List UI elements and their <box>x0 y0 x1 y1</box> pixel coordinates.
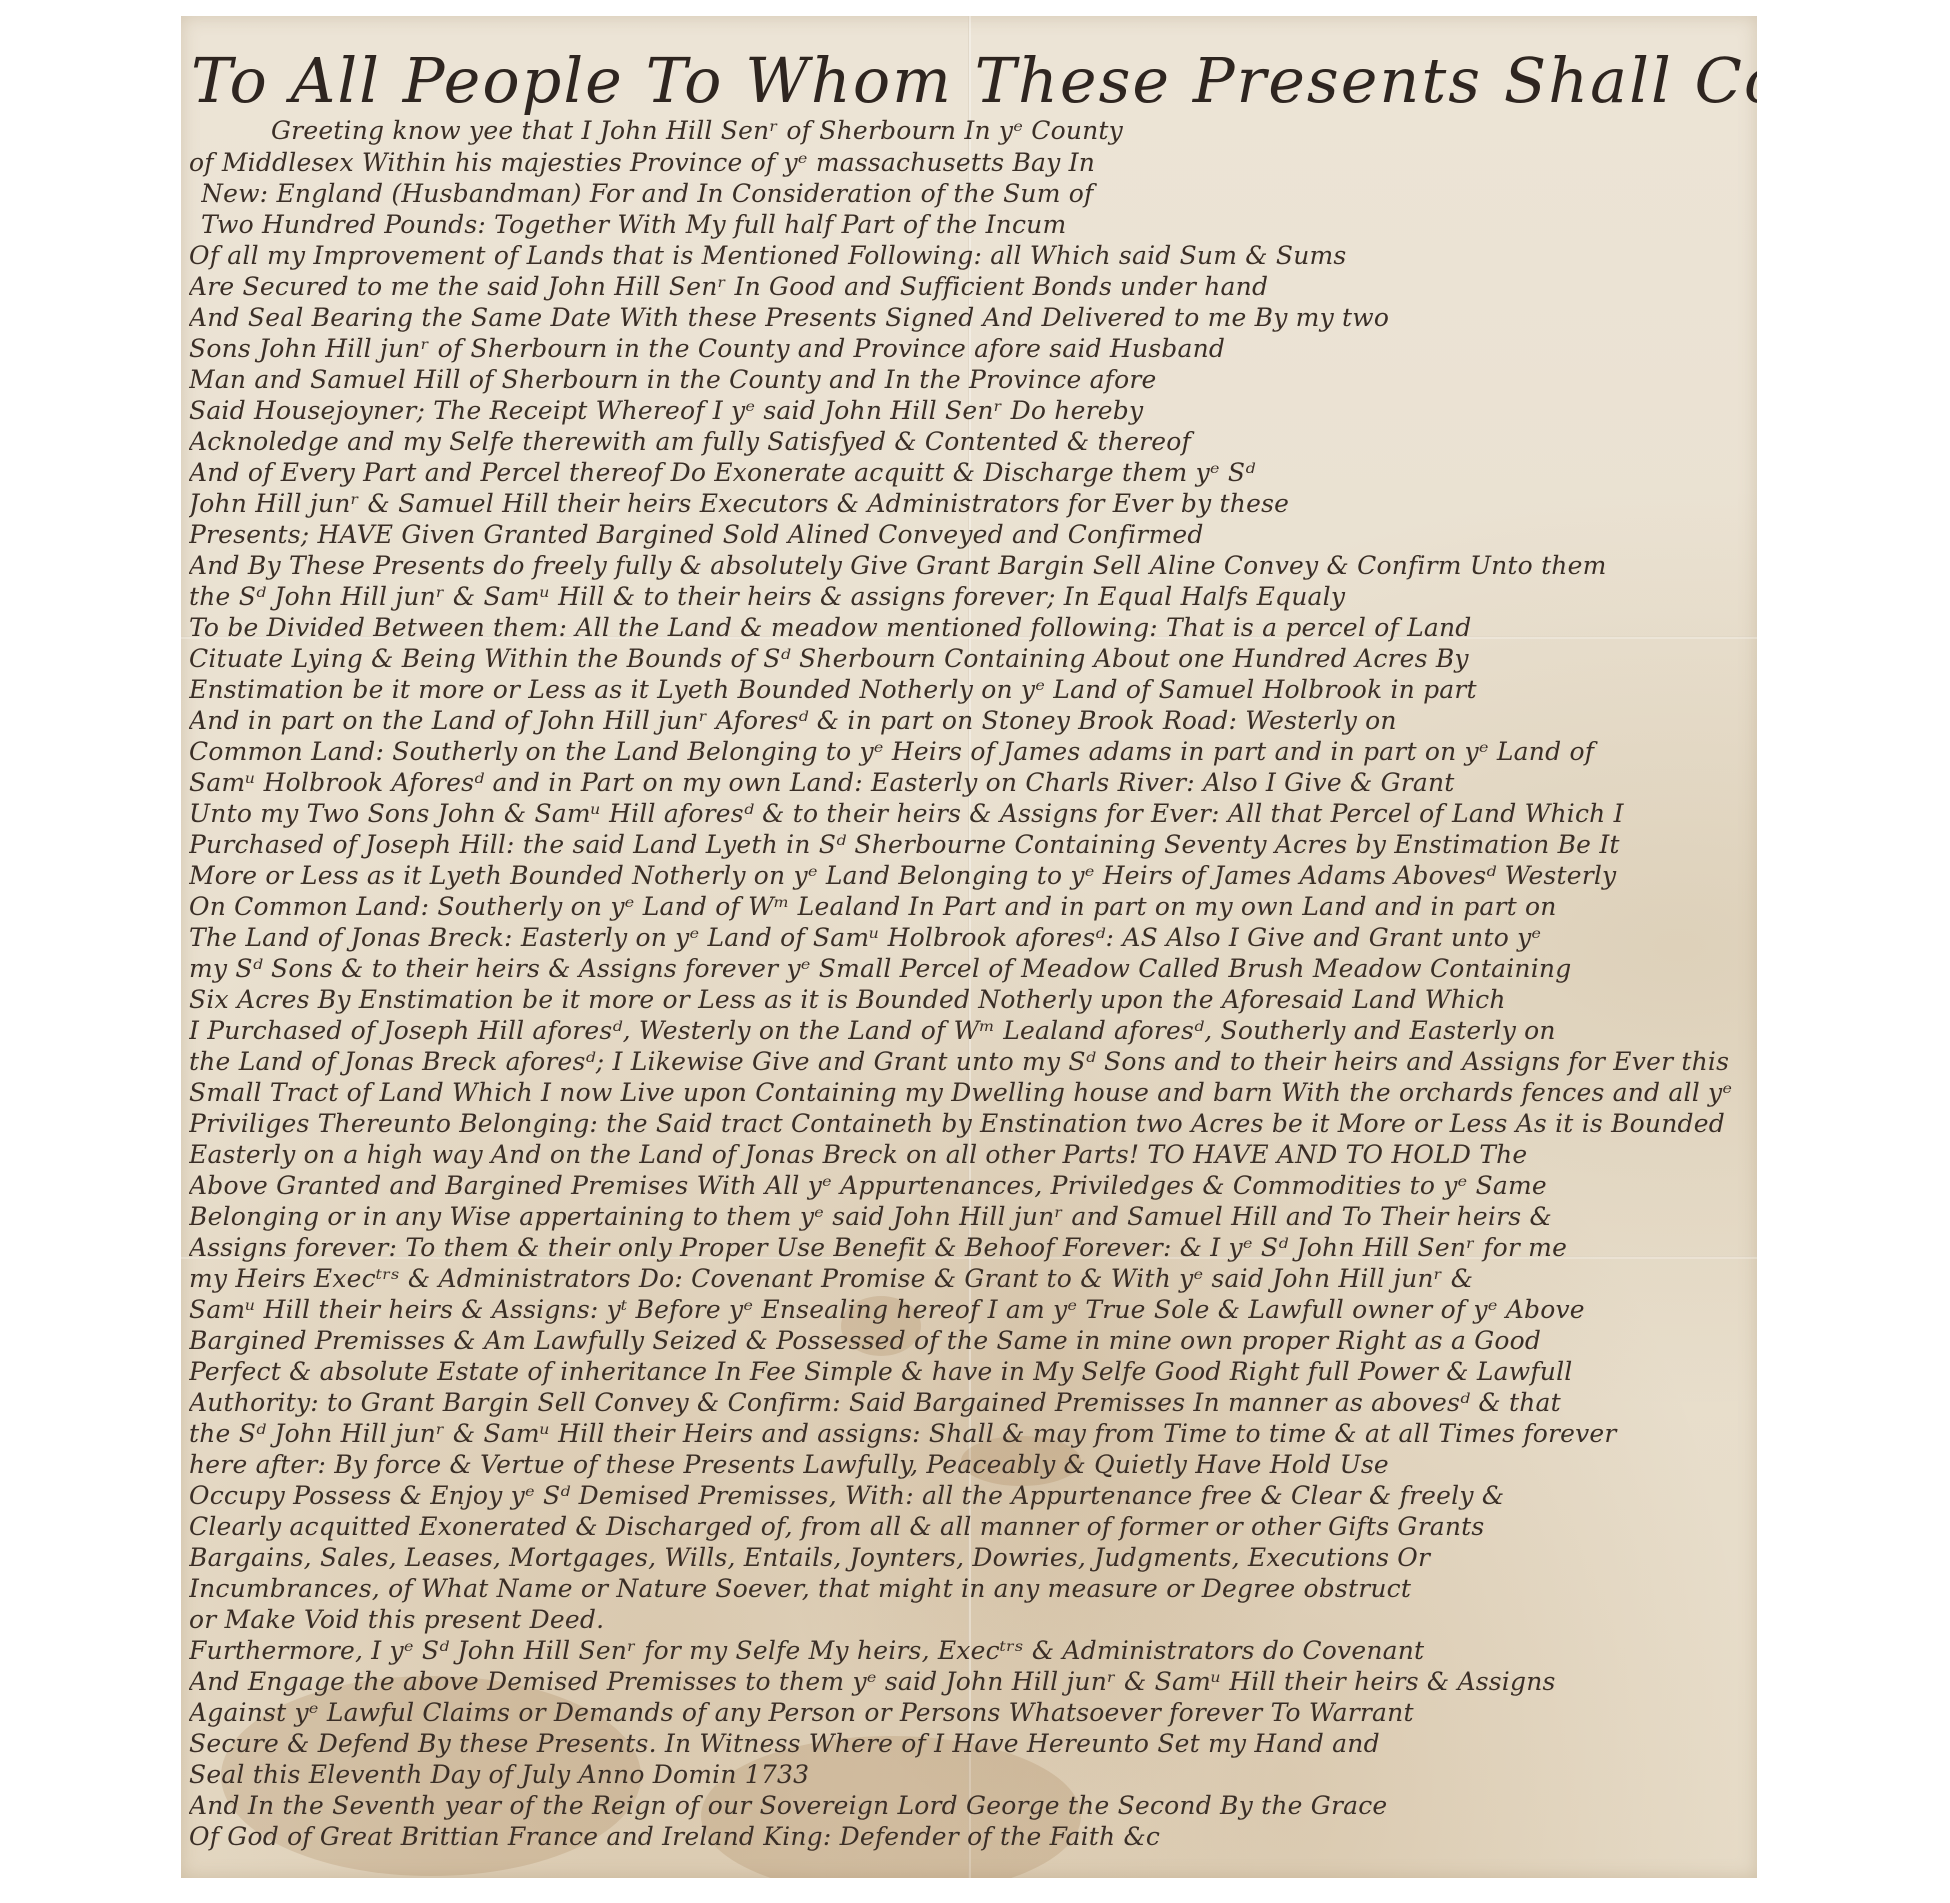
deed-line: I Purchased of Joseph Hill aforesᵈ, West… <box>189 1016 1749 1046</box>
deed-line: Perfect & absolute Estate of inheritance… <box>189 1357 1749 1387</box>
deed-line: or Make Void this present Deed. <box>189 1605 1749 1635</box>
deed-line: And of Every Part and Percel thereof Do … <box>189 458 1749 488</box>
deed-line: of Middlesex Within his majesties Provin… <box>189 148 1749 178</box>
deed-line: And By These Presents do freely fully & … <box>189 551 1749 581</box>
deed-line: Bargains, Sales, Leases, Mortgages, Will… <box>189 1543 1749 1573</box>
deed-line: Common Land: Southerly on the Land Belon… <box>189 737 1749 767</box>
deed-line: Two Hundred Pounds: Together With My ful… <box>201 210 1757 240</box>
deed-line: John Hill junʳ & Samuel Hill their heirs… <box>189 489 1749 519</box>
deed-line: Samᵘ Holbrook Aforesᵈ and in Part on my … <box>189 768 1749 798</box>
deed-line: And in part on the Land of John Hill jun… <box>189 706 1749 736</box>
deed-line: Presents; HAVE Given Granted Bargined So… <box>189 520 1749 550</box>
deed-line: Said Housejoyner; The Receipt Whereof I … <box>189 396 1749 426</box>
deed-line: Cituate Lying & Being Within the Bounds … <box>189 644 1749 674</box>
deed-line: Seal this Eleventh Day of July Anno Domi… <box>189 1760 1749 1790</box>
deed-line: Of all my Improvement of Lands that is M… <box>189 241 1749 271</box>
deed-line: Clearly acquitted Exonerated & Discharge… <box>189 1512 1749 1542</box>
deed-line: More or Less as it Lyeth Bounded Notherl… <box>189 861 1749 891</box>
deed-line: Greeting know yee that I John Hill Senʳ … <box>271 116 1757 146</box>
deed-line: Sons John Hill junʳ of Sherbourn in the … <box>189 334 1749 364</box>
deed-line: Secure & Defend By these Presents. In Wi… <box>189 1729 1749 1759</box>
deed-line: Acknoledge and my Selfe therewith am ful… <box>189 427 1749 457</box>
deed-line: And Engage the above Demised Premisses t… <box>189 1667 1749 1697</box>
deed-line: Incumbrances, of What Name or Nature Soe… <box>189 1574 1749 1604</box>
deed-line: Above Granted and Bargined Premises With… <box>189 1171 1749 1201</box>
deed-line: The Land of Jonas Breck: Easterly on yᵉ … <box>189 923 1749 953</box>
deed-line: Man and Samuel Hill of Sherbourn in the … <box>189 365 1749 395</box>
deed-line: the Sᵈ John Hill junʳ & Samᵘ Hill their … <box>189 1419 1749 1449</box>
deed-line: And In the Seventh year of the Reign of … <box>189 1791 1749 1821</box>
deed-line: Authority: to Grant Bargin Sell Convey &… <box>189 1388 1749 1418</box>
deed-line: Belonging or in any Wise appertaining to… <box>189 1202 1749 1232</box>
deed-line: Small Tract of Land Which I now Live upo… <box>189 1078 1749 1108</box>
deed-line: Occupy Possess & Enjoy yᵉ Sᵈ Demised Pre… <box>189 1481 1749 1511</box>
deed-line: Unto my Two Sons John & Samᵘ Hill afores… <box>189 799 1749 829</box>
deed-paper: To All People To Whom These Presents Sha… <box>181 16 1757 1878</box>
deed-line: Samᵘ Hill their heirs & Assigns: yᵗ Befo… <box>189 1295 1749 1325</box>
deed-line: Enstimation be it more or Less as it Lye… <box>189 675 1749 705</box>
deed-line: Purchased of Joseph Hill: the said Land … <box>189 830 1749 860</box>
deed-line: Easterly on a high way And on the Land o… <box>189 1140 1749 1170</box>
deed-line: Furthermore, I yᵉ Sᵈ John Hill Senʳ for … <box>189 1636 1749 1666</box>
deed-line: my Heirs Execᵗʳˢ & Administrators Do: Co… <box>189 1264 1749 1294</box>
deed-line: New: England (Husbandman) For and In Con… <box>201 179 1757 209</box>
deed-line: On Common Land: Southerly on yᵉ Land of … <box>189 892 1749 922</box>
deed-line: Bargined Premisses & Am Lawfully Seized … <box>189 1326 1749 1356</box>
deed-line: Priviliges Thereunto Belonging: the Said… <box>189 1109 1749 1139</box>
deed-line: Are Secured to me the said John Hill Sen… <box>189 272 1749 302</box>
deed-line: the Land of Jonas Breck aforesᵈ; I Likew… <box>189 1047 1749 1077</box>
deed-line: And Seal Bearing the Same Date With thes… <box>189 303 1749 333</box>
deed-line: Assigns forever: To them & their only Pr… <box>189 1233 1749 1263</box>
deed-line: my Sᵈ Sons & to their heirs & Assigns fo… <box>189 954 1749 984</box>
deed-line: here after: By force & Vertue of these P… <box>189 1450 1749 1480</box>
deed-heading: To All People To Whom These Presents Sha… <box>191 44 1757 117</box>
deed-line: the Sᵈ John Hill junʳ & Samᵘ Hill & to t… <box>189 582 1749 612</box>
deed-line: Against yᵉ Lawful Claims or Demands of a… <box>189 1698 1749 1728</box>
deed-line: Six Acres By Enstimation be it more or L… <box>189 985 1749 1015</box>
deed-line: To be Divided Between them: All the Land… <box>189 613 1749 643</box>
deed-line: Of God of Great Brittian France and Irel… <box>189 1822 1749 1852</box>
